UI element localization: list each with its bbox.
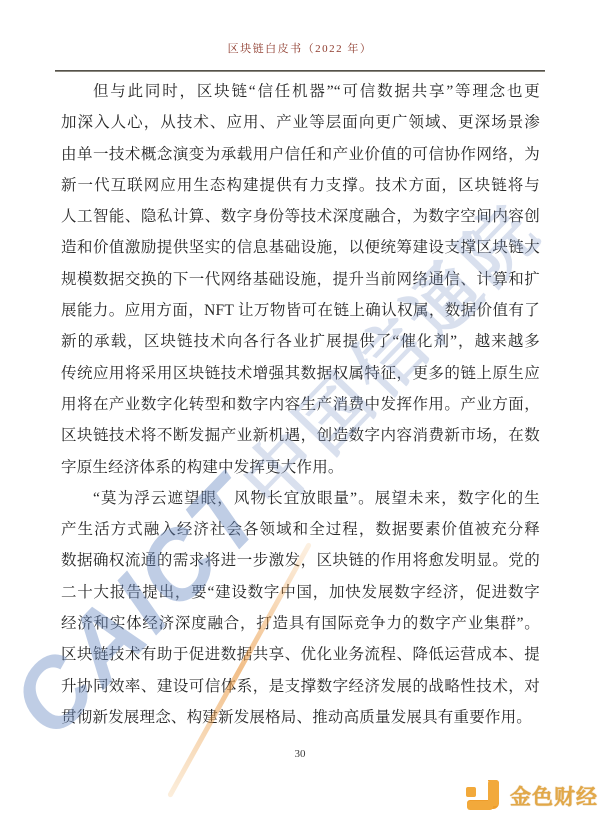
body-text-line: “莫为浮云遮望眼，风物长宜放眼量”。展望未来，数字化的生 <box>61 483 540 514</box>
document-page: 区块链白皮书（2022 年） 但与此同时，区块链“信任机器”“可信数据共享”等理… <box>0 0 600 815</box>
jinse-finance-brand-name: 金色财经 <box>510 781 598 811</box>
page-number: 30 <box>0 748 600 760</box>
body-text-line: 人工智能、隐私计算、数字身份等技术深度融合，为数字空间内容创 <box>61 201 540 232</box>
body-text-line: 展能力。应用方面，NFT 让万物皆可在链上确认权属，数据价值有了 <box>61 295 540 326</box>
body-text-line: 新一代互联网应用生态构建提供有力支撑。技术方面，区块链将与 5G、 <box>61 170 540 201</box>
body-text-line: 新的承载，区块链技术向各行各业扩展提供了“催化剂”，越来越多 <box>61 326 540 357</box>
paragraph-1: 但与此同时，区块链“信任机器”“可信数据共享”等理念也更 加深入人心，从技术、应… <box>61 76 540 483</box>
body-text-line: 数据确权流通的需求将进一步激发，区块链的作用将愈发明显。党的 <box>61 545 540 576</box>
body-text-line: 贯彻新发展理念、构建新发展格局、推动高质量发展具有重要作用。 <box>61 702 540 733</box>
body-text-line: 传统应用将采用区块链技术增强其数据权属特征，更多的链上原生应 <box>61 358 540 389</box>
body-text-line: 规模数据交换的下一代网络基础设施，提升当前网络通信、计算和扩 <box>61 264 540 295</box>
body-content: 但与此同时，区块链“信任机器”“可信数据共享”等理念也更 加深入人心，从技术、应… <box>61 76 540 733</box>
body-text-line: 区块链技术有助于促进数据共享、优化业务流程、降低运营成本、提 <box>61 639 540 670</box>
page-header-title: 区块链白皮书（2022 年） <box>0 40 600 56</box>
jinse-finance-brand: 金色财经 <box>464 778 598 814</box>
jinse-finance-logo-icon <box>464 780 502 812</box>
body-text-line: 经济和实体经济深度融合，打造具有国际竞争力的数字产业集群”。 <box>61 608 540 639</box>
body-text-line: 但与此同时，区块链“信任机器”“可信数据共享”等理念也更 <box>61 76 540 107</box>
body-text-line: 加深入人心，从技术、应用、产业等层面向更广领域、更深场景渗透， <box>61 107 540 138</box>
body-text-line: 造和价值激励提供坚实的信息基础设施，以便统筹建设支撑区块链大 <box>61 232 540 263</box>
body-text-line: 升协同效率、建设可信体系，是支撑数字经济发展的战略性技术，对 <box>61 671 540 702</box>
header-rule <box>55 70 545 72</box>
body-text-line: 字原生经济体系的构建中发挥更大作用。 <box>61 452 540 483</box>
body-text-line: 二十大报告提出，要“建设数字中国，加快发展数字经济，促进数字 <box>61 577 540 608</box>
body-text-line: 区块链技术将不断发掘产业新机遇，创造数字内容消费新市场，在数 <box>61 420 540 451</box>
body-text-line: 用将在产业数字化转型和数字内容生产消费中发挥作用。产业方面， <box>61 389 540 420</box>
body-text-line: 由单一技术概念演变为承载用户信任和产业价值的可信协作网络，为 <box>61 139 540 170</box>
body-text-line: 产生活方式融入经济社会各领域和全过程，数据要素价值被充分释放， <box>61 514 540 545</box>
paragraph-2: “莫为浮云遮望眼，风物长宜放眼量”。展望未来，数字化的生 产生活方式融入经济社会… <box>61 483 540 733</box>
